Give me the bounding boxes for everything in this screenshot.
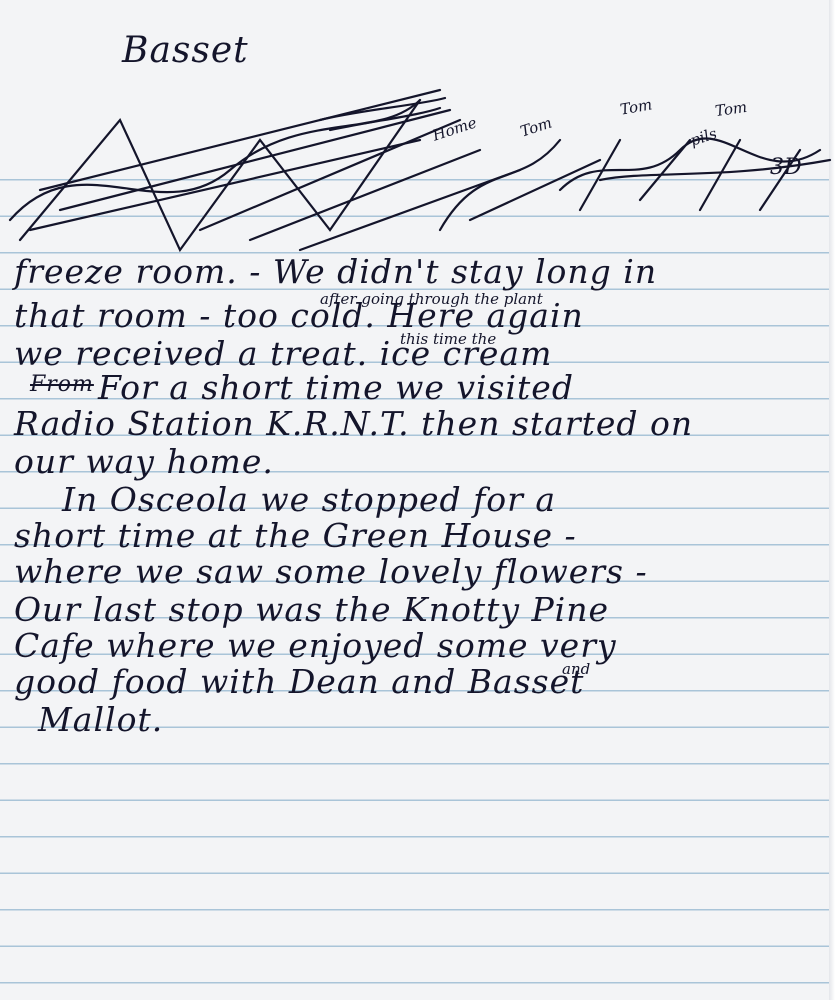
text-line: our way home. <box>14 442 274 481</box>
text-line: Our last stop was the Knotty Pine <box>14 590 609 629</box>
text-line: where we saw some lovely flowers - <box>14 552 648 591</box>
page-title: Basset <box>122 30 249 71</box>
text-line: that room - too cold. Here again <box>14 296 584 335</box>
text-line: Radio Station K.R.N.T. then started on <box>14 404 693 443</box>
text-line: For a short time we visited <box>98 368 574 407</box>
scribble-fragment: 3D <box>770 155 802 180</box>
scribbled-out-text <box>0 80 835 255</box>
struck-word: From <box>30 372 94 397</box>
text-line: good food with Dean and Basset <box>14 662 584 701</box>
text-line: short time at the Green House - <box>14 516 577 555</box>
handwritten-page: Basset Home Tom Tom Tom pils 3D freeze r… <box>0 0 835 1000</box>
text-line: In Osceola we stopped for a <box>62 480 556 519</box>
text-line: Mallot. <box>38 700 163 739</box>
text-line: freeze room. - We didn't stay long in <box>14 252 657 291</box>
text-line: Cafe where we enjoyed some very <box>14 626 617 665</box>
